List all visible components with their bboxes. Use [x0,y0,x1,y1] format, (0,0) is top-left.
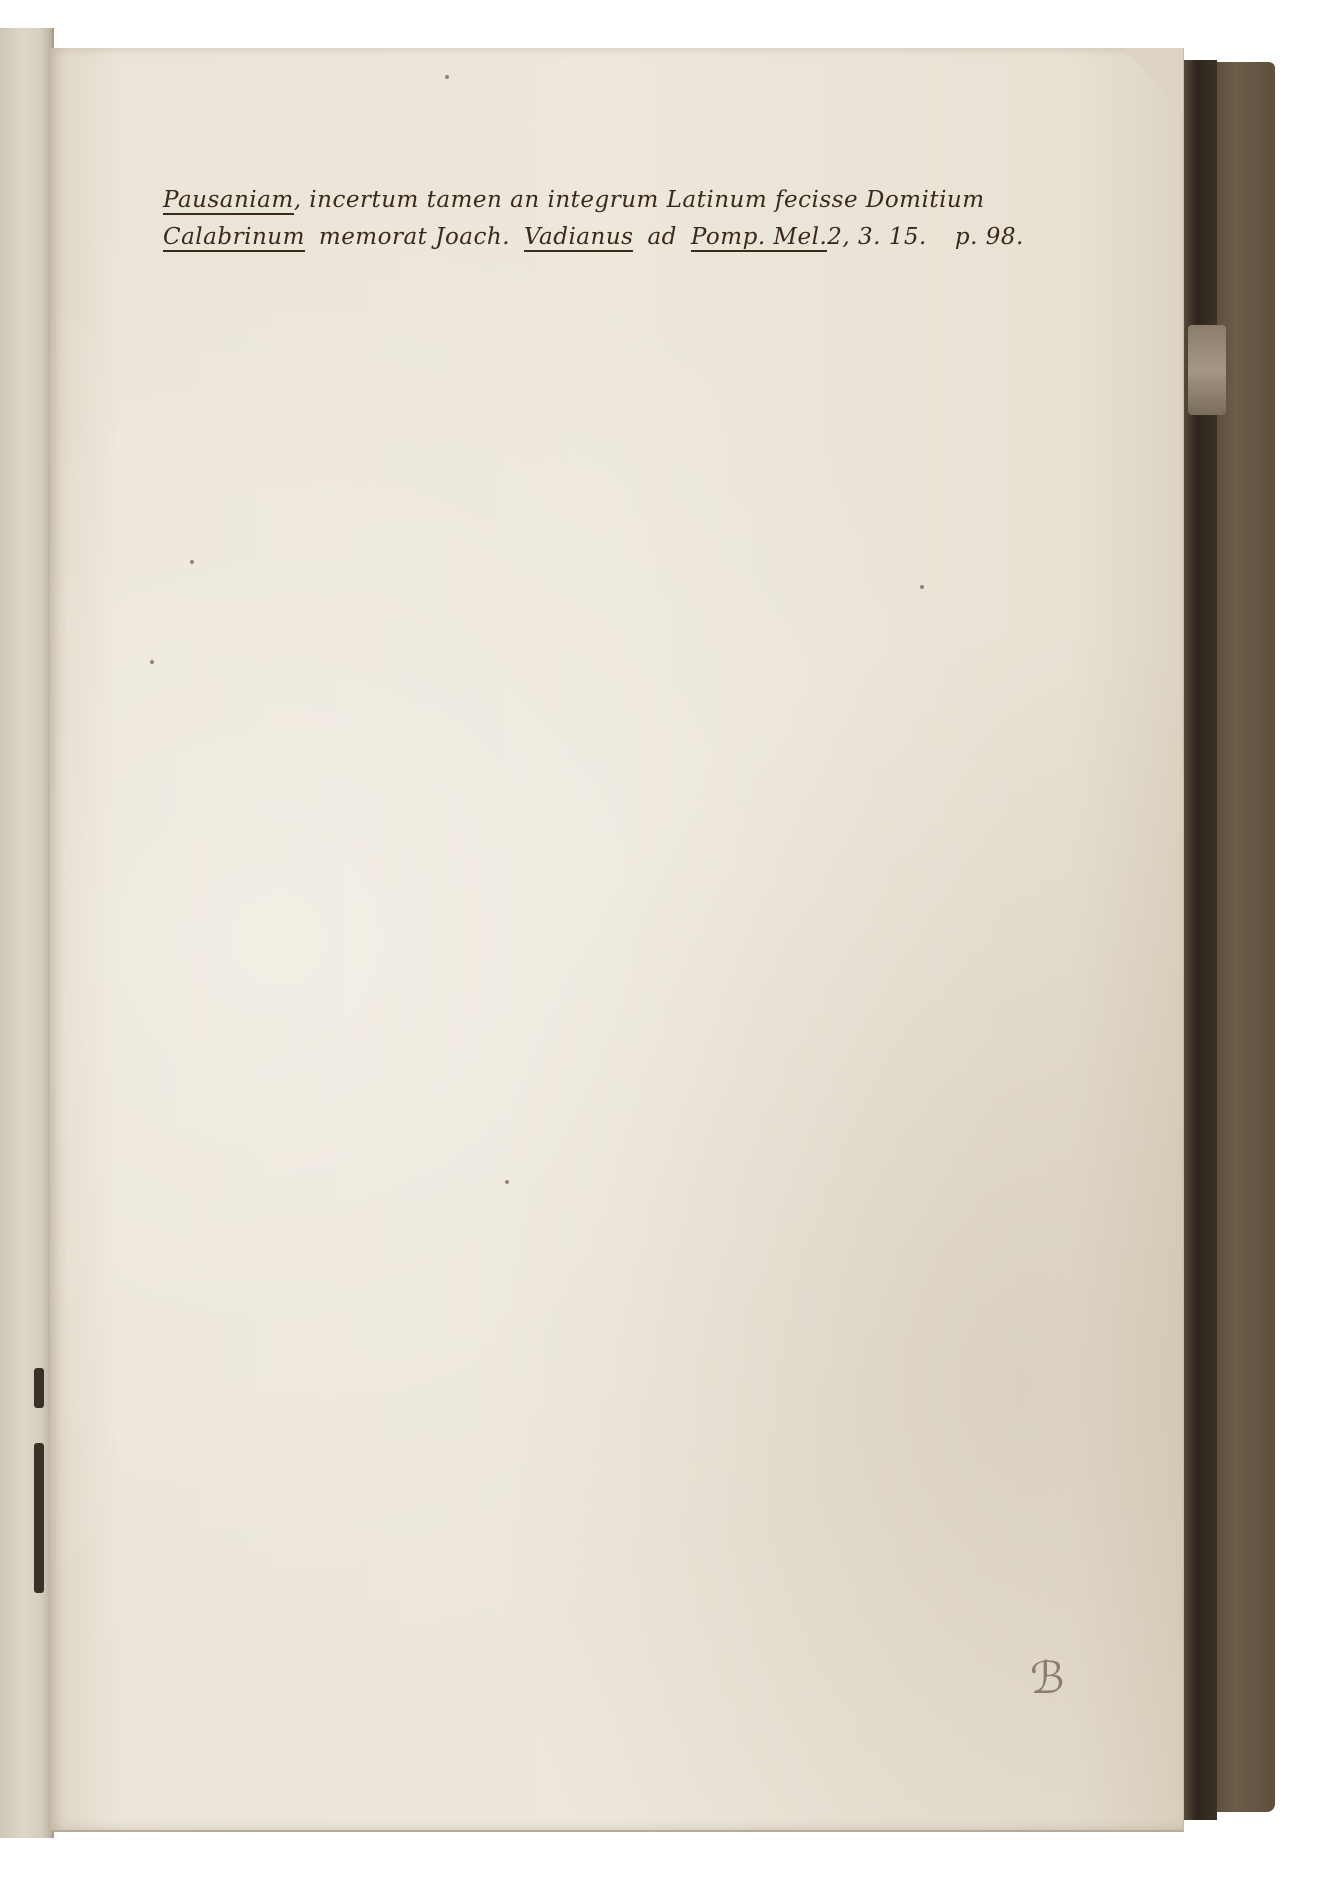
foxing-speck [190,560,194,564]
annotation-line-2: Calabrinummemorat Joach.VadianusadPomp. … [163,219,1063,256]
foxing-speck [920,585,924,589]
page-reference: p. 98. [955,224,1024,250]
underlined-citation: Pomp. Mel. [691,224,827,252]
citation-reference: 2, 3. 15. [827,224,927,250]
foxing-speck [445,75,449,79]
underlined-word-calabrinum: Calabrinum [163,224,305,252]
stamp-mark: ℬ [1030,1650,1064,1708]
gutter-tear [34,1443,44,1593]
open-book: Pausaniam, incertum tamen an integrum La… [0,0,1322,1890]
annotation-text: , incertum tamen an integrum Latinum fec… [294,187,985,213]
binding-tie-strap [1188,325,1226,415]
page-corner-crease [1123,48,1183,108]
gutter-tear [34,1368,44,1408]
underlined-word-pausaniam: Pausaniam [163,187,294,215]
annotation-text: memorat Joach. [319,224,510,250]
annotation-text: ad [647,224,676,250]
underlined-word-vadianus: Vadianus [524,224,633,252]
foxing-speck [150,660,154,664]
left-turned-leaf [0,28,54,1838]
flyleaf-page [50,48,1184,1832]
foxing-speck [505,1180,509,1184]
annotation-line-1: Pausaniam, incertum tamen an integrum La… [163,182,1063,219]
manuscript-annotation: Pausaniam, incertum tamen an integrum La… [163,182,1063,256]
binding-inner-fold [1183,60,1217,1820]
